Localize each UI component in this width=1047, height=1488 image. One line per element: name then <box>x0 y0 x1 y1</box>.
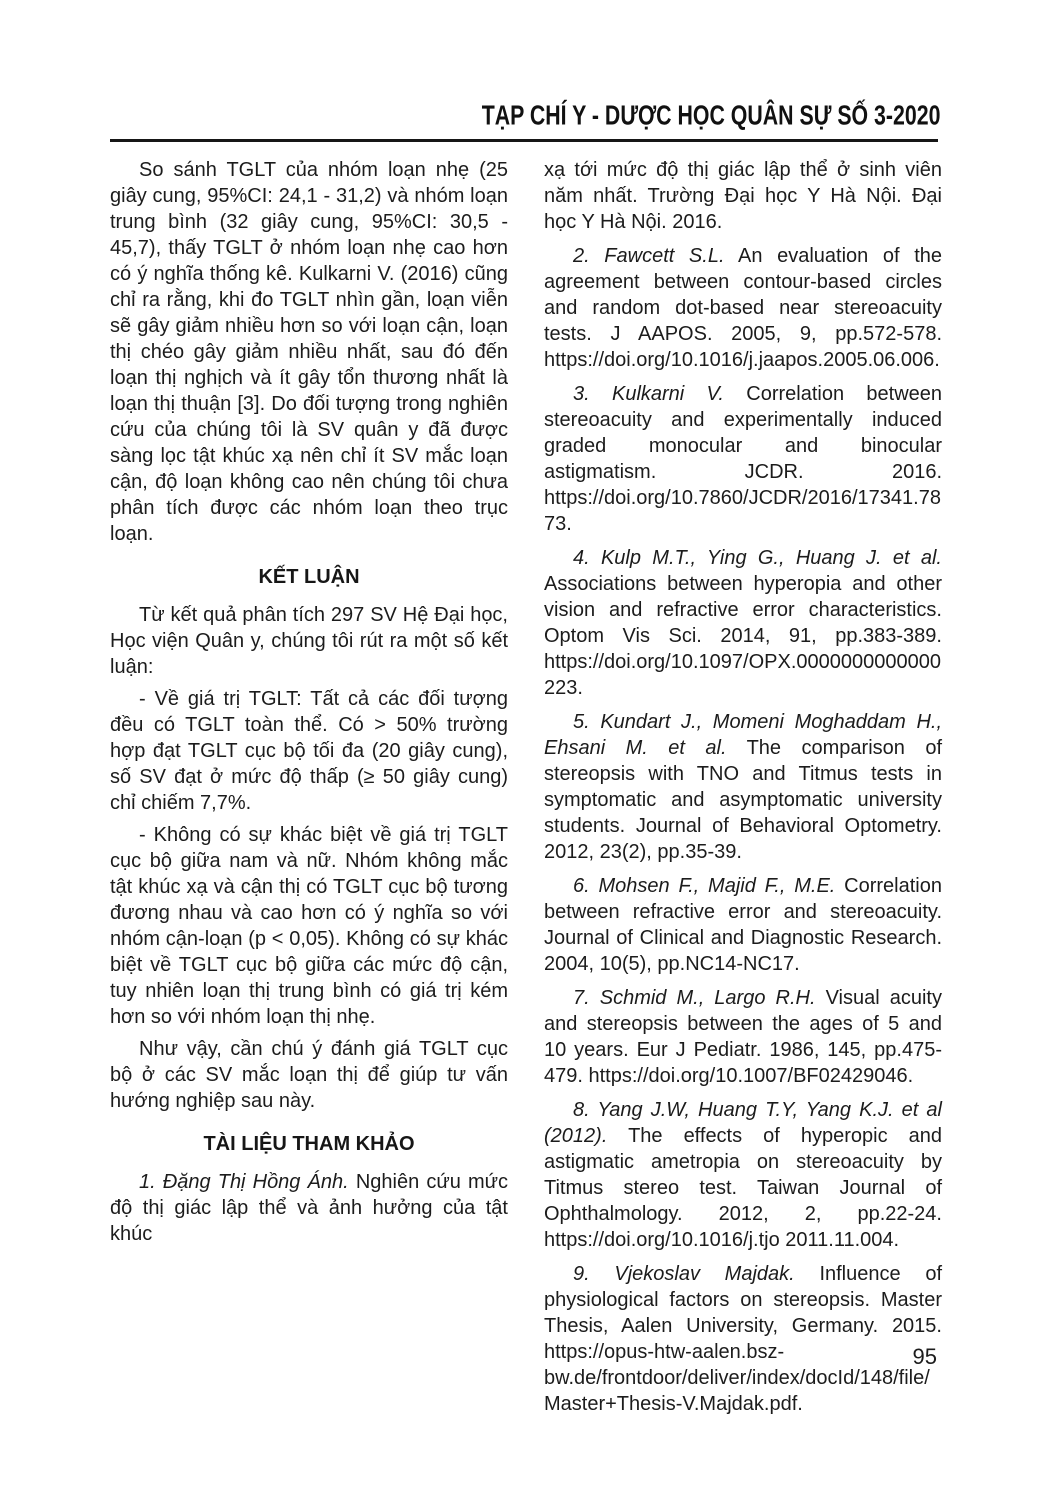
journal-page: TẠP CHÍ Y - DƯỢC HỌC QUÂN SỰ SỐ 3-2020 S… <box>0 0 1047 1488</box>
reference-authors: 6. Mohsen F., Majid F., M.E. <box>573 875 835 897</box>
reference-item-1-continuation: xạ tới mức độ thị giác lập thể ở sinh vi… <box>544 157 942 235</box>
left-column: So sánh TGLT của nhóm loạn nhẹ (25 giây … <box>110 157 508 1425</box>
reference-authors: 7. Schmid M., Largo R.H. <box>573 987 816 1009</box>
conclusion-closing: Như vậy, cần chú ý đánh giá TGLT cục bộ … <box>110 1036 508 1114</box>
reference-authors: 9. Vjekoslav Majdak. <box>573 1263 795 1285</box>
two-column-body: So sánh TGLT của nhóm loạn nhẹ (25 giây … <box>110 157 942 1425</box>
reference-authors: 2. Fawcett S.L. <box>573 245 725 267</box>
reference-item-8: 8. Yang J.W, Huang T.Y, Yang K.J. et al … <box>544 1097 942 1253</box>
page-number: 95 <box>913 1344 937 1370</box>
journal-header-title: TẠP CHÍ Y - DƯỢC HỌC QUÂN SỰ SỐ 3-2020 <box>481 99 940 132</box>
reference-text: Influence of physiological factors on st… <box>544 1263 942 1415</box>
reference-item-9: 9. Vjekoslav Majdak. Influence of physio… <box>544 1261 942 1417</box>
reference-item-6: 6. Mohsen F., Majid F., M.E. Correlation… <box>544 873 942 977</box>
references-heading: TÀI LIỆU THAM KHẢO <box>110 1131 508 1157</box>
reference-authors: 1. Đặng Thị Hồng Ánh. <box>139 1171 349 1193</box>
conclusion-point-2: - Không có sự khác biệt về giá trị TGLT … <box>110 822 508 1030</box>
reference-authors: 4. Kulp M.T., Ying G., Huang J. et al. <box>573 547 942 569</box>
reference-text: Associations between hyperopia and other… <box>544 573 942 699</box>
reference-item-4: 4. Kulp M.T., Ying G., Huang J. et al. A… <box>544 545 942 701</box>
reference-item-3: 3. Kulkarni V. Correlation between stere… <box>544 381 942 537</box>
discussion-paragraph: So sánh TGLT của nhóm loạn nhẹ (25 giây … <box>110 157 508 547</box>
conclusion-intro: Từ kết quả phân tích 297 SV Hệ Đại học, … <box>110 602 508 680</box>
conclusion-heading: KẾT LUẬN <box>110 564 508 590</box>
reference-item-5: 5. Kundart J., Momeni Moghaddam H., Ehsa… <box>544 709 942 865</box>
reference-item-1: 1. Đặng Thị Hồng Ánh. Nghiên cứu mức độ … <box>110 1169 508 1247</box>
reference-item-7: 7. Schmid M., Largo R.H. Visual acuity a… <box>544 985 942 1089</box>
right-column: xạ tới mức độ thị giác lập thể ở sinh vi… <box>544 157 942 1425</box>
reference-text: Correlation between stereoacuity and exp… <box>544 383 942 535</box>
reference-authors: 3. Kulkarni V. <box>573 383 724 405</box>
conclusion-point-1: - Về giá trị TGLT: Tất cả các đối tượng … <box>110 686 508 816</box>
reference-item-2: 2. Fawcett S.L. An evaluation of the agr… <box>544 243 942 373</box>
header-divider <box>110 139 938 142</box>
